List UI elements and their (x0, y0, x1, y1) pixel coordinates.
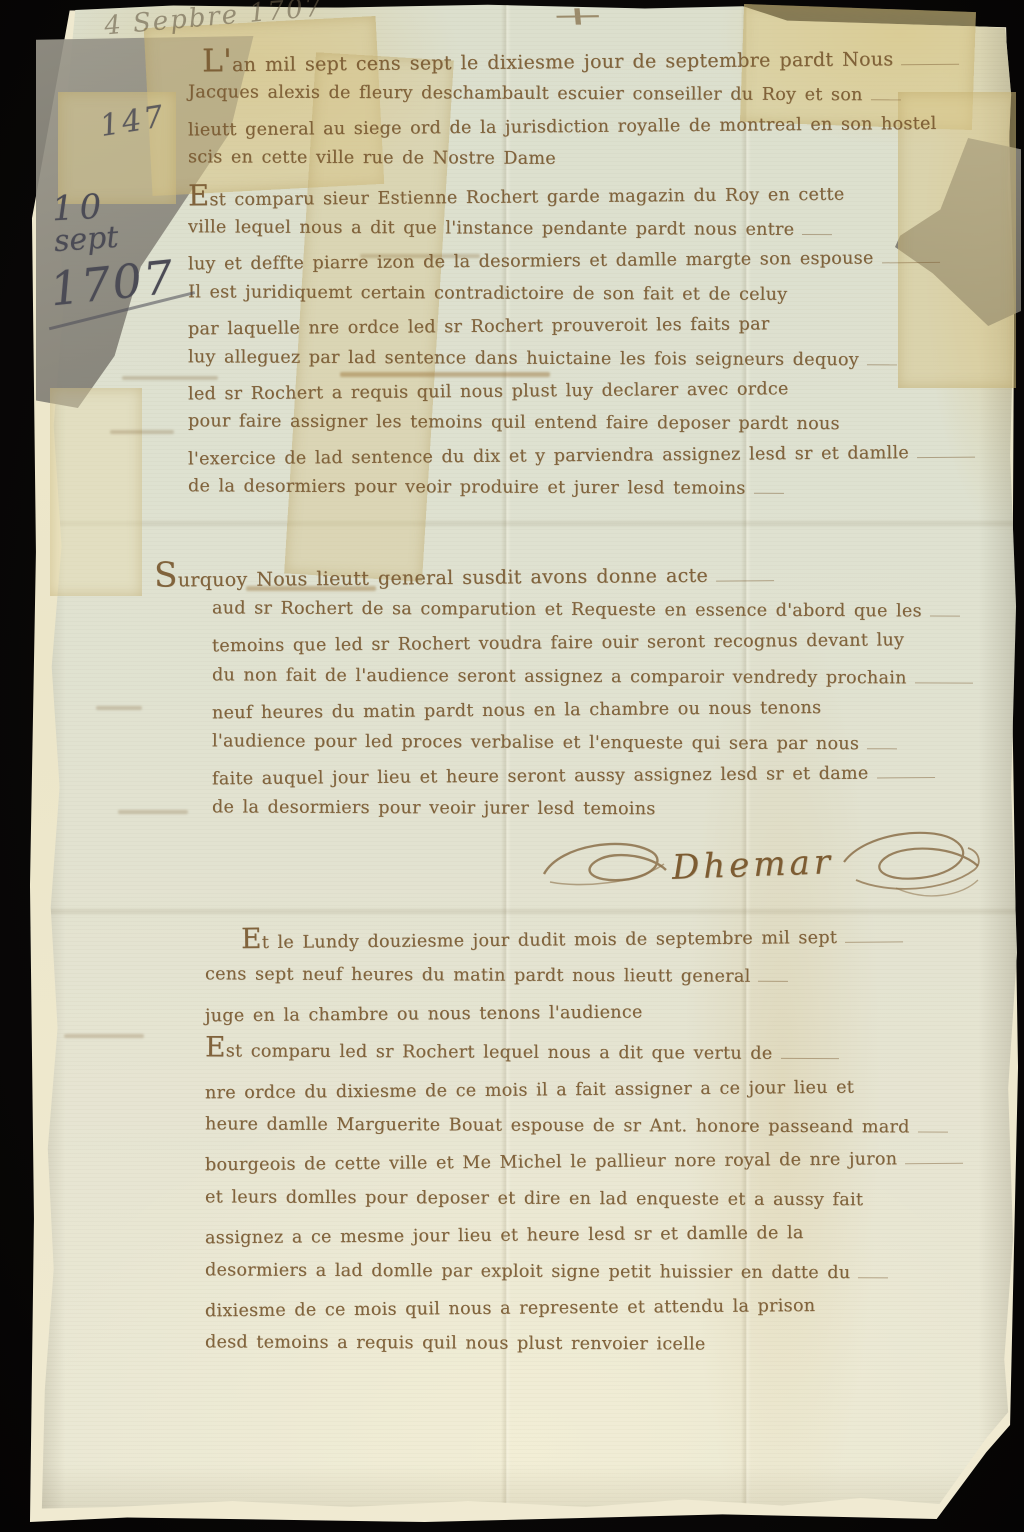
pencil-date-month: sept (53, 220, 120, 259)
manuscript-line: L'an mil sept cens sept le dixiesme jour… (202, 39, 975, 82)
manuscript-line: aud sr Rochert de sa comparution et Requ… (212, 593, 973, 630)
manuscript-line: pour faire assigner les temoins quil ent… (188, 406, 975, 442)
manuscript-line: dixiesme de ce mois quil nous a represen… (205, 1287, 964, 1330)
manuscript-line: nre ordce du dixiesme de ce mois il a fa… (205, 1068, 964, 1111)
manuscript-paragraph-2: Surquoy Nous lieutt general susdit avons… (212, 556, 973, 827)
horizontal-fold-crease (36, 519, 1018, 528)
manuscript-line: Et le Lundy douziesme jour dudit mois de… (241, 915, 964, 962)
signature-flourish-right (836, 822, 986, 908)
manuscript-line: par laquelle nre ordce led sr Rochert pr… (188, 307, 975, 346)
manuscript-paragraph-3: Et le Lundy douziesme jour dudit mois de… (205, 918, 963, 1363)
manuscript-line: et leurs domlles pour deposer et dire en… (205, 1179, 963, 1219)
manuscript-line: desd temoins a requis quil nous plust re… (205, 1325, 963, 1365)
manuscript-line: heure damlle Marguerite Bouat espouse de… (205, 1106, 963, 1146)
manuscript-line: Surquoy Nous lieutt general susdit avons… (154, 552, 973, 597)
signature-name: Dhemar (671, 842, 834, 888)
manuscript-line: neuf heures du matin pardt nous en la ch… (212, 690, 973, 730)
manuscript-line: Il est juridiquemt certain contradictoir… (188, 276, 975, 312)
manuscript-line: Est comparu sieur Estienne Rochert garde… (188, 172, 975, 216)
manuscript-line: luy alleguez par lad sentence dans huict… (188, 341, 975, 377)
manuscript-line: temoins que led sr Rochert voudra faire … (212, 624, 973, 664)
cross-mark: + (548, 1, 607, 32)
signature-flourish-left (540, 830, 670, 900)
manuscript-line: luy et deffte piarre izon de la desormie… (188, 242, 975, 281)
manuscript-line: assignez a ce mesme jour lieu et heure l… (205, 1214, 964, 1257)
manuscript-line: l'audience pour led proces verbalise et … (212, 725, 973, 762)
manuscript-paragraph-1: L'an mil sept cens sept le dixiesme jour… (188, 42, 975, 505)
manuscript-line: Jacques alexis de fleury deschambault es… (188, 77, 975, 113)
manuscript-line: du non fait de l'audience seront assigne… (212, 659, 973, 696)
horizontal-fold-crease (36, 907, 1018, 916)
manuscript-line: bourgeois de cette ville et Me Michel le… (205, 1141, 964, 1184)
manuscript-line: desormiers a lad domlle par exploit sign… (205, 1252, 963, 1292)
manuscript-line: juge en la chambre ou nous tenons l'audi… (205, 992, 964, 1035)
manuscript-line: Est comparu led sr Rochert lequel nous a… (205, 1030, 963, 1074)
manuscript-line: scis en cette ville rue de Nostre Dame (188, 142, 975, 178)
manuscript-line: de la desormiers pour veoir produire et … (188, 471, 975, 507)
manuscript-line: lieutt general au siege ord de la jurisd… (188, 107, 975, 146)
signature-block: Dhemar (540, 822, 986, 908)
manuscript-line: cens sept neuf heures du matin pardt nou… (205, 957, 963, 997)
manuscript-line: faite auquel jour lieu et heure seront a… (212, 757, 973, 797)
